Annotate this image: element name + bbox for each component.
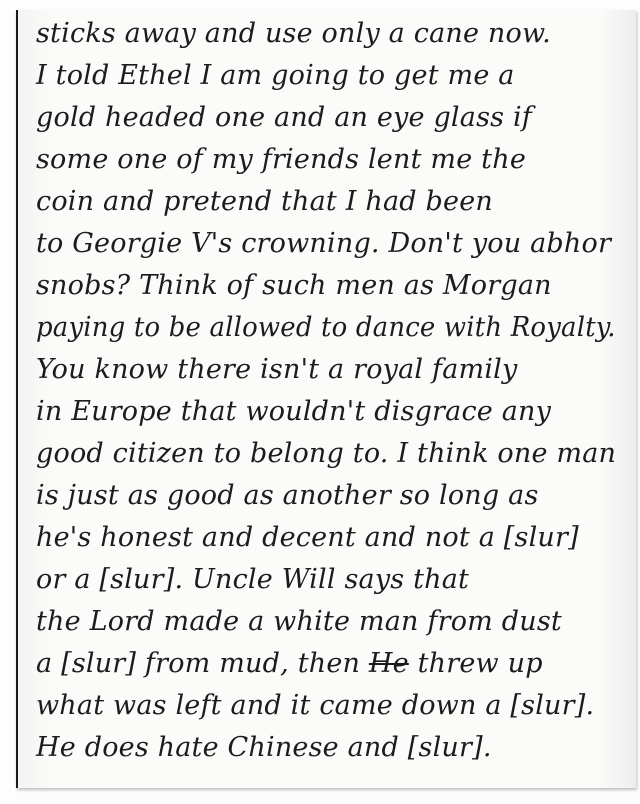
handwritten-line: some one of my friends lent me the	[36, 144, 526, 175]
handwritten-line: is just as good as another so long as	[36, 480, 539, 511]
scanned-letter: sticks away and use only a cane now. I t…	[0, 0, 640, 804]
handwritten-line: snobs? Think of such men as Morgan	[36, 270, 552, 301]
handwritten-line: sticks away and use only a cane now.	[36, 18, 551, 49]
handwritten-line: to Georgie V's crowning. Don't you abhor	[36, 228, 611, 259]
handwritten-line: good citizen to belong to. I think one m…	[36, 438, 616, 469]
letter-page: sticks away and use only a cane now. I t…	[16, 10, 636, 788]
handwritten-line: he's honest and decent and not a [slur]	[36, 522, 579, 553]
handwritten-line: a [slur] from mud, then He threw up	[36, 648, 543, 679]
line-segment: a [slur] from mud, then	[36, 648, 369, 679]
handwritten-line: gold headed one and an eye glass if	[36, 102, 532, 133]
handwritten-line: coin and pretend that I had been	[36, 186, 493, 217]
line-segment: threw up	[409, 648, 543, 679]
handwritten-line: or a [slur]. Uncle Will says that	[36, 564, 469, 595]
handwritten-line: I told Ethel I am going to get me a	[36, 60, 515, 91]
handwritten-line: what was left and it came down a [slur].	[36, 690, 594, 721]
struck-out-word: He	[369, 648, 409, 679]
handwritten-line: paying to be allowed to dance with Royal…	[36, 312, 616, 343]
handwritten-line: the Lord made a white man from dust	[36, 606, 562, 637]
handwritten-line: You know there isn't a royal family	[36, 354, 517, 385]
handwritten-line: He does hate Chinese and [slur].	[36, 732, 492, 763]
handwritten-line: in Europe that wouldn't disgrace any	[36, 396, 551, 427]
